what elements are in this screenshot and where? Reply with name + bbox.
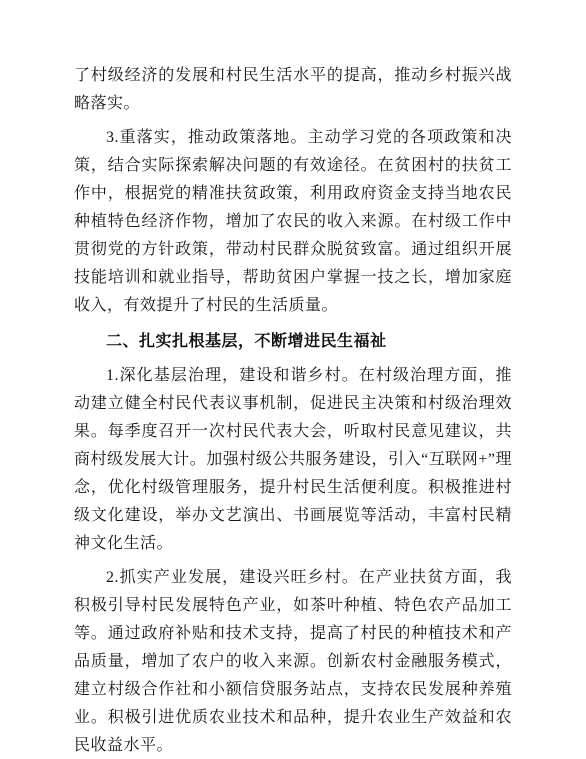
document-page: 了村级经济的发展和村民生活水平的提高，推动乡村振兴战略落实。 3.重落实，推动政… [0,0,586,759]
paragraph-point-3: 3.重落实，推动政策落地。主动学习党的各项政策和决策，结合实际探索解决问题的有效… [74,124,512,320]
section-heading-2: 二、扎实扎根基层，不断增进民生福祉 [74,328,512,356]
paragraph-point-1: 1.深化基层治理，建设和谐乡村。在村级治理方面，推动建立健全村民代表议事机制，促… [74,362,512,558]
paragraph-continuation: 了村级经济的发展和村民生活水平的提高，推动乡村振兴战略落实。 [74,62,512,118]
paragraph-point-2: 2.抓实产业发展，建设兴旺乡村。在产业扶贫方面，我积极引导村民发展特色产业，如茶… [74,564,512,759]
